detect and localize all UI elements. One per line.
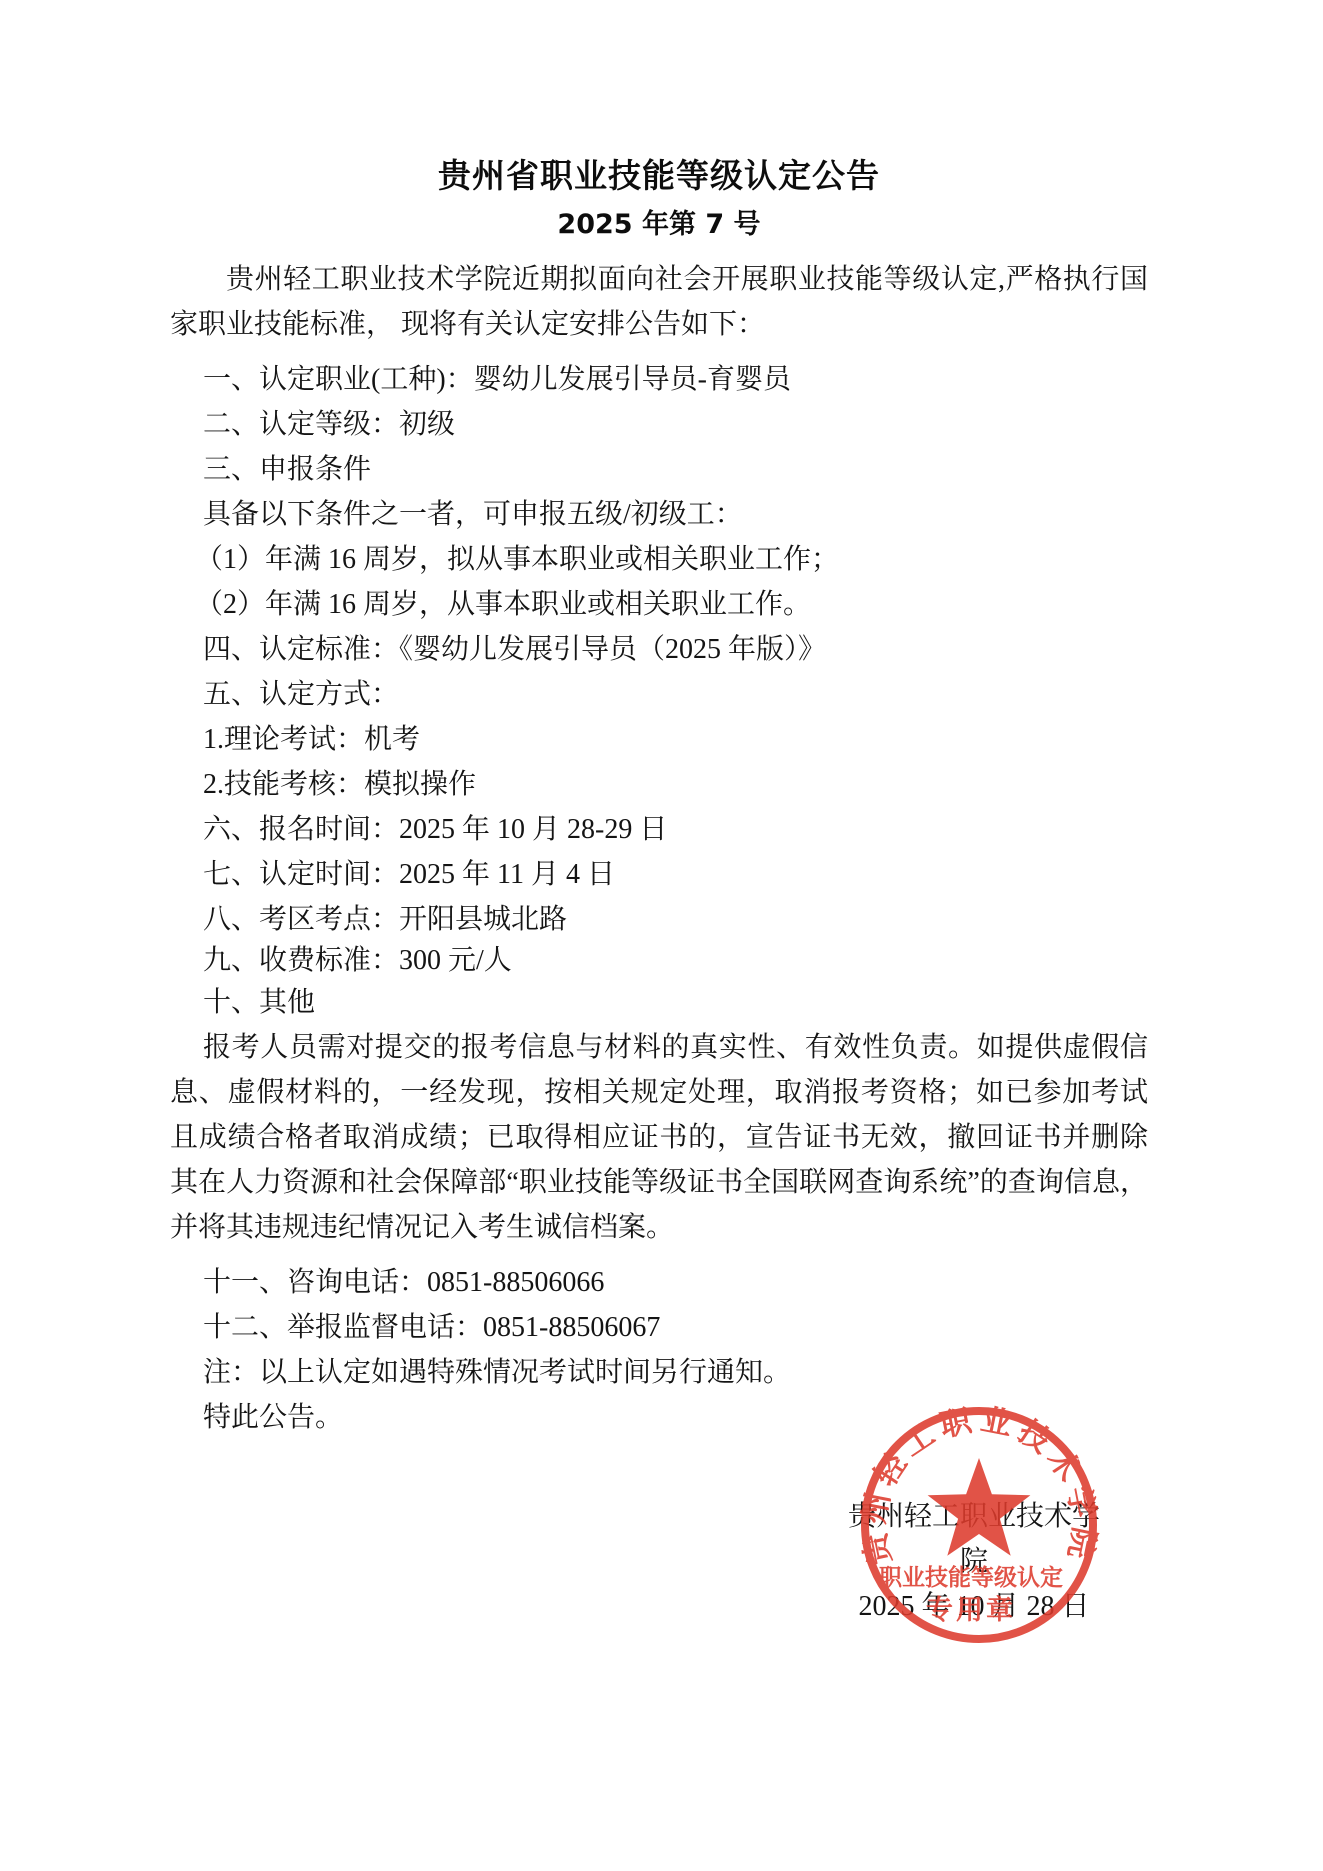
line-venue: 八、考区考点：开阳县城北路 bbox=[170, 897, 1148, 942]
line-method-header: 五、认定方式： bbox=[170, 672, 1148, 717]
line-condition-1: （1）年满 16 周岁，拟从事本职业或相关职业工作； bbox=[170, 537, 1148, 582]
line-conditions-header: 三、申报条件 bbox=[170, 447, 1148, 492]
line-note: 注：以上认定如遇特殊情况考试时间另行通知。 bbox=[170, 1350, 1148, 1395]
other-paragraph: 报考人员需对提交的报考信息与材料的真实性、有效性负责。如提供虚假信息、虚假材料的… bbox=[170, 1025, 1148, 1250]
line-occupation: 一、认定职业(工种)：婴幼儿发展引导员-育婴员 bbox=[170, 357, 1148, 402]
seal-center-line2: 专用章 bbox=[926, 1594, 1016, 1626]
document-body: 贵州轻工职业技术学院近期拟面向社会开展职业技能等级认定,严格执行国家职业技能标准… bbox=[170, 257, 1148, 1440]
page: { "doc": { "title": "贵州省职业技能等级认定公告", "is… bbox=[0, 0, 1323, 1871]
line-conditions-intro: 具备以下条件之一者，可申报五级/初级工： bbox=[170, 492, 1148, 537]
seal-star-icon bbox=[928, 1458, 1031, 1556]
line-report-phone: 十二、举报监督电话：0851-88506067 bbox=[170, 1305, 1148, 1350]
line-standard: 四、认定标准：《婴幼儿发展引导员（2025 年版）》 bbox=[170, 627, 1148, 672]
line-condition-2: （2）年满 16 周岁，从事本职业或相关职业工作。 bbox=[170, 582, 1148, 627]
announcement-document: 贵州省职业技能等级认定公告 2025 年第 7 号 贵州轻工职业技术学院近期拟面… bbox=[0, 0, 1323, 1440]
line-signup-time: 六、报名时间：2025 年 10 月 28-29 日 bbox=[170, 807, 1148, 852]
line-method-skill: 2.技能考核：模拟操作 bbox=[170, 762, 1148, 807]
line-level: 二、认定等级：初级 bbox=[170, 402, 1148, 447]
document-title: 贵州省职业技能等级认定公告 bbox=[170, 155, 1148, 197]
line-consult-phone: 十一、咨询电话：0851-88506066 bbox=[170, 1260, 1148, 1305]
issue-number: 2025 年第 7 号 bbox=[170, 205, 1148, 245]
line-assess-time: 七、认定时间：2025 年 11 月 4 日 bbox=[170, 852, 1148, 897]
official-seal: 贵州轻工职业技术学院 职业技能等级认定 专用章 bbox=[854, 1400, 1104, 1650]
line-fee: 九、收费标准：300 元/人 bbox=[170, 942, 1148, 980]
line-method-theory: 1.理论考试：机考 bbox=[170, 717, 1148, 762]
seal-center-line1: 职业技能等级认定 bbox=[879, 1564, 1063, 1591]
intro-paragraph: 贵州轻工职业技术学院近期拟面向社会开展职业技能等级认定,严格执行国家职业技能标准… bbox=[170, 257, 1148, 347]
line-other-header: 十、其他 bbox=[170, 980, 1148, 1025]
